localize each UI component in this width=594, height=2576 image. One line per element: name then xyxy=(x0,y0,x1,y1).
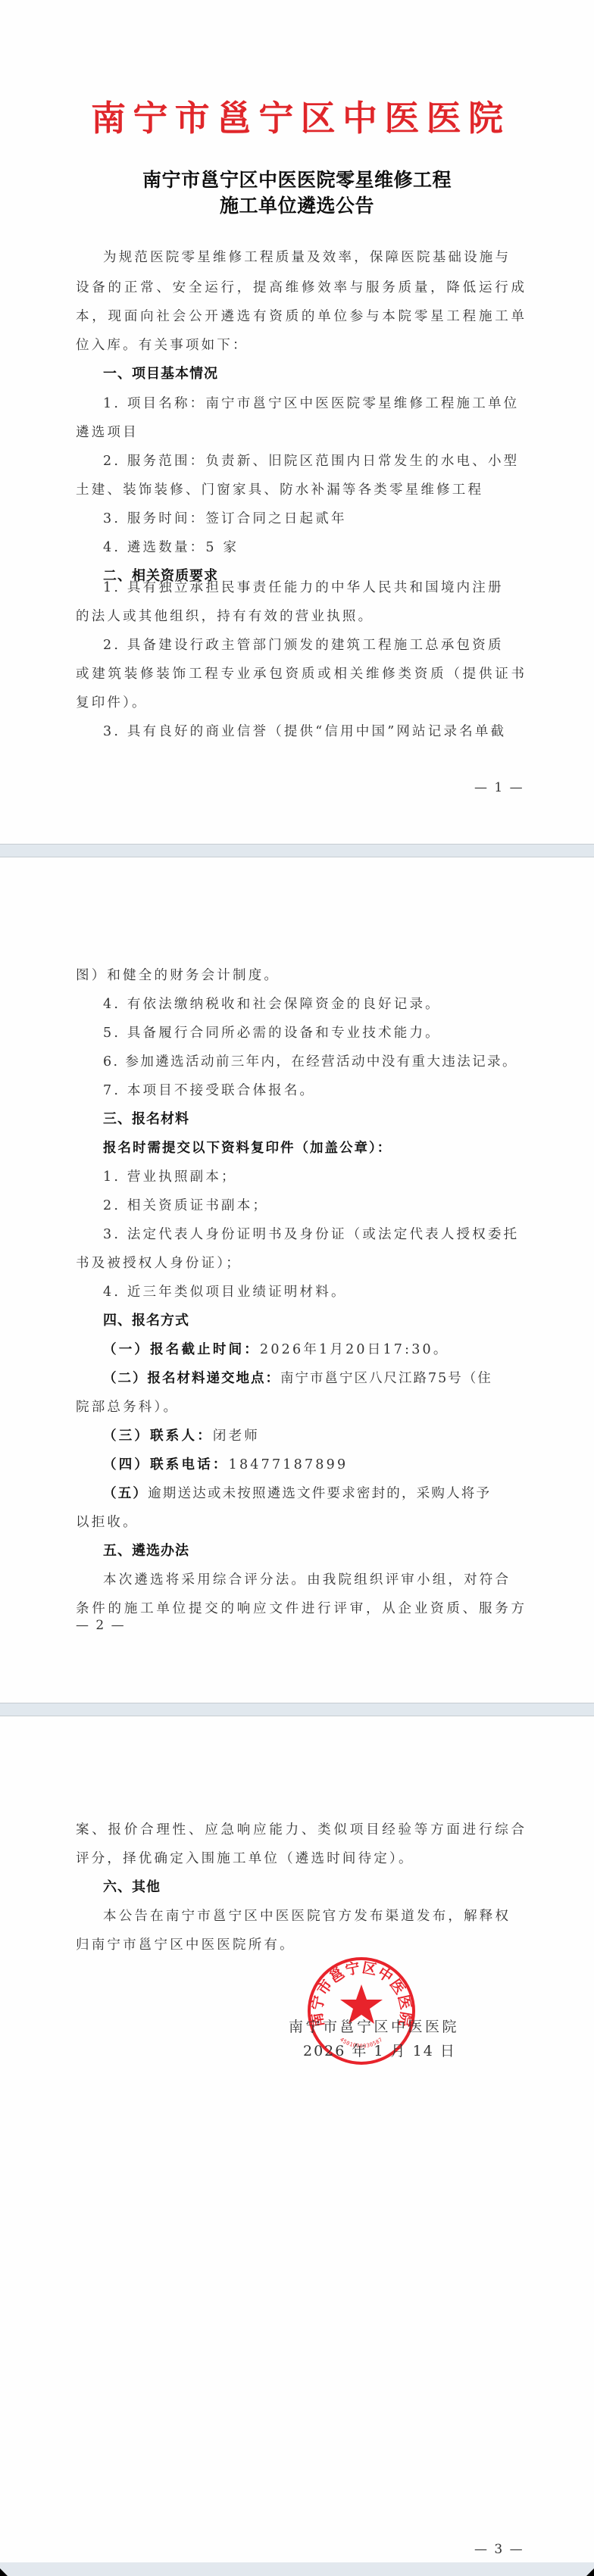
screen-corner xyxy=(0,2568,8,2576)
signature-organization: 南宁市邕宁区中医医院 xyxy=(289,2016,459,2036)
list-item: 7. 本项目不接受联合体报名。 xyxy=(103,1082,315,1100)
list-item: 5. 具备履行合同所必需的设备和专业技术能力。 xyxy=(103,1024,441,1042)
page-number: — 2 — xyxy=(76,1618,126,1633)
list-item: 遴选项目 xyxy=(76,423,139,442)
late-submission-label: （五） xyxy=(103,1486,148,1501)
list-item: 4. 近三年类似项目业绩证明材料。 xyxy=(103,1283,347,1301)
list-item: 1. 营业执照副本； xyxy=(103,1168,237,1186)
page-number: — 3 — xyxy=(474,2542,524,2557)
page-1: 南宁市邕宁区中医医院 南宁市邕宁区中医医院零星维修工程 施工单位遴选公告 为规范… xyxy=(0,0,594,844)
address-row: （二）报名材料递交地点：南宁市邕宁区八尺江路75号（住 xyxy=(103,1369,492,1388)
contact-row: （三）联系人：闭老师 xyxy=(103,1427,260,1445)
list-item: 3. 法定代表人身份证明书及身份证（或法定代表人授权委托 xyxy=(103,1226,519,1244)
org-red-header: 南宁市邕宁区中医医院 xyxy=(91,97,503,139)
list-item: 2. 具备建设行政主管部门颁发的建筑工程施工总承包资质 xyxy=(103,636,504,654)
contact-label: （三）联系人： xyxy=(103,1429,213,1444)
list-item: 土建、装饰装修、门窗家具、防水补漏等各类零星维修工程 xyxy=(76,481,483,499)
late-submission-continued: 以拒收。 xyxy=(76,1513,139,1532)
address-label: （二）报名材料递交地点： xyxy=(103,1371,280,1386)
list-item: 或建筑装修装饰工程专业承包资质或相关维修类资质（提供证书 xyxy=(76,665,524,683)
document-title-line2: 施工单位遴选公告 xyxy=(0,193,594,219)
page-separator xyxy=(0,844,594,857)
method-line: 本次遴选将采用综合评分法。由我院组织评审小组，对符合 xyxy=(103,1571,511,1589)
page-separator xyxy=(0,1703,594,1716)
page-2: 图）和健全的财务会计制度。 4. 有依法缴纳税收和社会保障资金的良好记录。 5.… xyxy=(0,857,594,1703)
section-heading-1: 一、项目基本情况 xyxy=(103,365,218,383)
late-submission-row: （五）逾期送达或未按照遴选文件要求密封的，采购人将予 xyxy=(103,1485,491,1503)
method-line: 条件的施工单位提交的响应文件进行评审，从企业资质、服务方 xyxy=(76,1600,524,1618)
section-heading-4: 四、报名方式 xyxy=(103,1312,189,1330)
list-item: 6. 参加遴选活动前三年内，在经营活动中没有重大违法记录。 xyxy=(103,1053,517,1071)
page-3: 案、报价合理性、应急响应能力、类似项目经验等方面进行综合 评分，择优确定入围施工… xyxy=(0,1716,594,2562)
late-submission-value: 逾期送达或未按照遴选文件要求密封的，采购人将予 xyxy=(148,1486,491,1501)
document-title-line1: 南宁市邕宁区中医医院零星维修工程 xyxy=(0,167,594,193)
list-item: 4. 有依法缴纳税收和社会保障资金的良好记录。 xyxy=(103,995,441,1013)
list-item: 的法人或其他组织，持有有效的营业执照。 xyxy=(76,607,374,626)
deadline-label: （一）报名截止时间： xyxy=(103,1342,260,1357)
list-item: 2. 相关资质证书副本； xyxy=(103,1197,268,1215)
deadline-value: 2026年1月20日17:30。 xyxy=(260,1342,449,1357)
list-item: 复印件）。 xyxy=(76,694,148,712)
page-number: — 1 — xyxy=(474,780,524,795)
intro-line: 位入库。有关事项如下： xyxy=(76,336,249,354)
method-line: 案、报价合理性、应急响应能力、类似项目经验等方面进行综合 xyxy=(76,1821,524,1839)
list-item: 4. 遴选数量：5 家 xyxy=(103,539,239,557)
list-item: 图）和健全的财务会计制度。 xyxy=(76,966,280,985)
list-item: 1. 具有独立承担民事责任能力的中华人民共和国境内注册 xyxy=(103,579,504,597)
intro-line: 设备的正常、安全运行，提高维修效率与服务质量，降低运行成 xyxy=(76,279,524,297)
phone-label: （四）联系电话： xyxy=(103,1457,229,1472)
signature-date: 2026 年 1 月 14 日 xyxy=(303,2040,456,2060)
list-item: 1. 项目名称：南宁市邕宁区中医医院零星维修工程施工单位 xyxy=(103,395,519,413)
intro-line: 本，现面向社会公开遴选有资质的单位参与本院零星工程施工单 xyxy=(76,308,524,326)
deadline-row: （一）报名截止时间：2026年1月20日17:30。 xyxy=(103,1341,449,1359)
section-heading-5: 五、遴选办法 xyxy=(103,1542,189,1560)
other-line: 归南宁市邕宁区中医医院所有。 xyxy=(76,1936,295,1954)
phone-row: （四）联系电话：18477187899 xyxy=(103,1456,348,1474)
section-heading-6: 六、其他 xyxy=(103,1878,161,1897)
list-item: 3. 服务时间：签订合同之日起贰年 xyxy=(103,510,347,528)
screen-corner xyxy=(586,2568,594,2576)
list-item: 2. 服务范围：负责新、旧院区范围内日常发生的水电、小型 xyxy=(103,452,519,470)
contact-value: 闭老师 xyxy=(213,1429,260,1444)
list-item: 3. 具有良好的商业信誉（提供“信用中国”网站记录名单截 xyxy=(103,723,506,741)
other-line: 本公告在南宁市邕宁区中医医院官方发布渠道发布，解释权 xyxy=(103,1907,511,1925)
section-heading-3: 三、报名材料 xyxy=(103,1110,189,1129)
address-value: 南宁市邕宁区八尺江路75号（住 xyxy=(280,1371,492,1386)
method-line: 评分，择优确定入围施工单位（遴选时间待定）。 xyxy=(76,1850,414,1868)
address-continued: 院部总务科）。 xyxy=(76,1398,179,1416)
materials-instruction: 报名时需提交以下资料复印件（加盖公章）： xyxy=(103,1139,392,1157)
list-item: 书及被授权人身份证）； xyxy=(76,1254,242,1272)
phone-value: 18477187899 xyxy=(229,1457,349,1472)
intro-line: 为规范医院零星维修工程质量及效率，保障医院基础设施与 xyxy=(103,248,511,267)
